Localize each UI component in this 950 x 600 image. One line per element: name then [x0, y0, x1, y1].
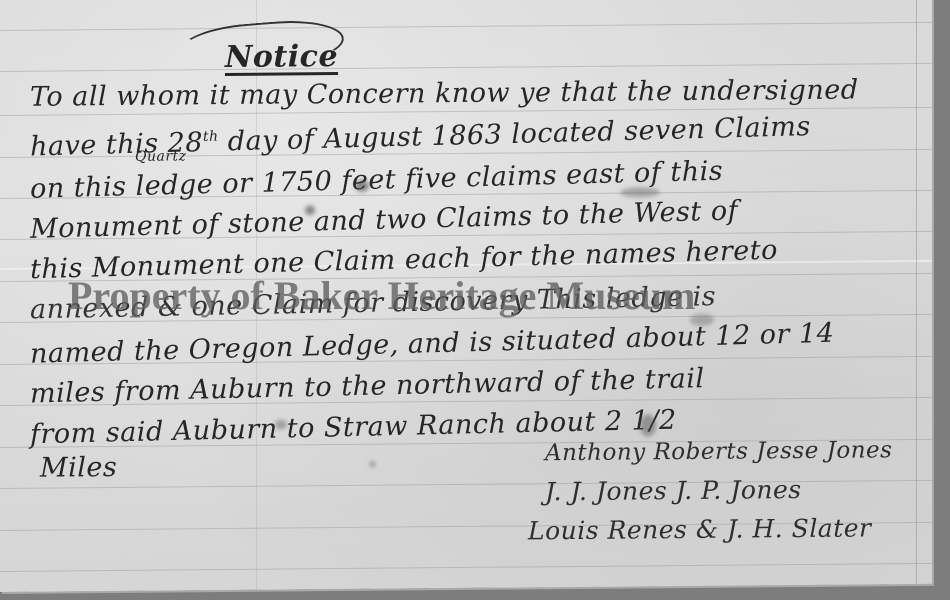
signature-line-3: Louis Renes & J. H. Slater — [528, 513, 872, 545]
ink-blot — [275, 419, 287, 429]
ink-blot — [355, 180, 369, 192]
text-line-1: To all whom it may Concern know ye that … — [30, 75, 858, 113]
scanned-document: Notice To all whom it may Concern know y… — [0, 0, 950, 600]
text-line-10: Miles — [40, 452, 117, 484]
paper-sheet: Notice To all whom it may Concern know y… — [0, 0, 932, 592]
ink-speck — [370, 462, 375, 467]
superscript-th: th — [203, 129, 219, 145]
text-line-6: annexed & one Claim for discovery This l… — [30, 281, 716, 325]
ruled-line — [0, 563, 932, 572]
ink-blot — [640, 414, 656, 436]
text-line-4: Monument of stone and two Claims to the … — [30, 195, 739, 245]
ink-blot — [305, 205, 315, 215]
ruled-line — [0, 22, 932, 31]
ruled-line — [0, 63, 932, 72]
paper-right-margin — [916, 0, 917, 584]
signature-line-2: J. J. Jones J. P. Jones — [545, 475, 802, 506]
insertion-quartz: Quartz — [135, 148, 187, 164]
signature-line-1: Anthony Roberts Jesse Jones — [545, 437, 892, 466]
text-line-7: named the Oregon Ledge, and is situated … — [30, 318, 835, 370]
document-title: Notice — [225, 39, 338, 75]
ink-blot — [620, 187, 660, 197]
text-line-3: on this ledge or 1750 feet five claims e… — [30, 156, 724, 205]
